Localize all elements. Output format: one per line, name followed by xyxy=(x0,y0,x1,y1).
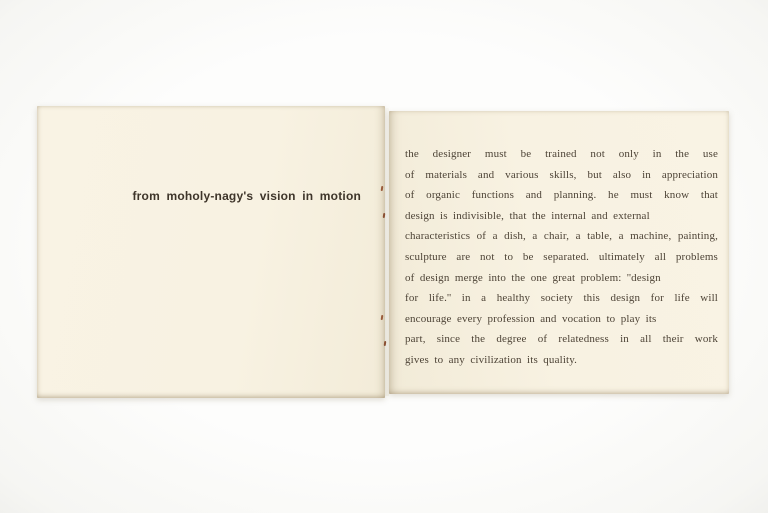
page-title: from moholy-nagy's vision in motion xyxy=(132,189,361,203)
text-line: of materials and various skills, but als… xyxy=(405,165,718,186)
text-line: of design merge into the one great probl… xyxy=(405,268,718,289)
text-line: design is indivisible, that the internal… xyxy=(405,206,718,227)
text-line: encourage every profession and vocation … xyxy=(405,309,718,330)
left-page: from moholy-nagy's vision in motion xyxy=(37,106,385,398)
text-line: for life.'' in a healthy society this de… xyxy=(405,288,718,309)
text-line: characteristics of a dish, a chair, a ta… xyxy=(405,226,718,247)
text-line: of organic functions and planning. he mu… xyxy=(405,185,718,206)
right-page: the designer must be trained not only in… xyxy=(389,111,729,394)
text-line: the designer must be trained not only in… xyxy=(405,144,718,165)
book-photo: from moholy-nagy's vision in motion the … xyxy=(0,0,768,513)
text-line: part, since the degree of relatedness in… xyxy=(405,329,718,350)
text-line: gives to any civilization its quality. xyxy=(405,350,718,371)
body-text: the designer must be trained not only in… xyxy=(405,144,718,371)
text-line: sculpture are not to be separated. ultim… xyxy=(405,247,718,268)
